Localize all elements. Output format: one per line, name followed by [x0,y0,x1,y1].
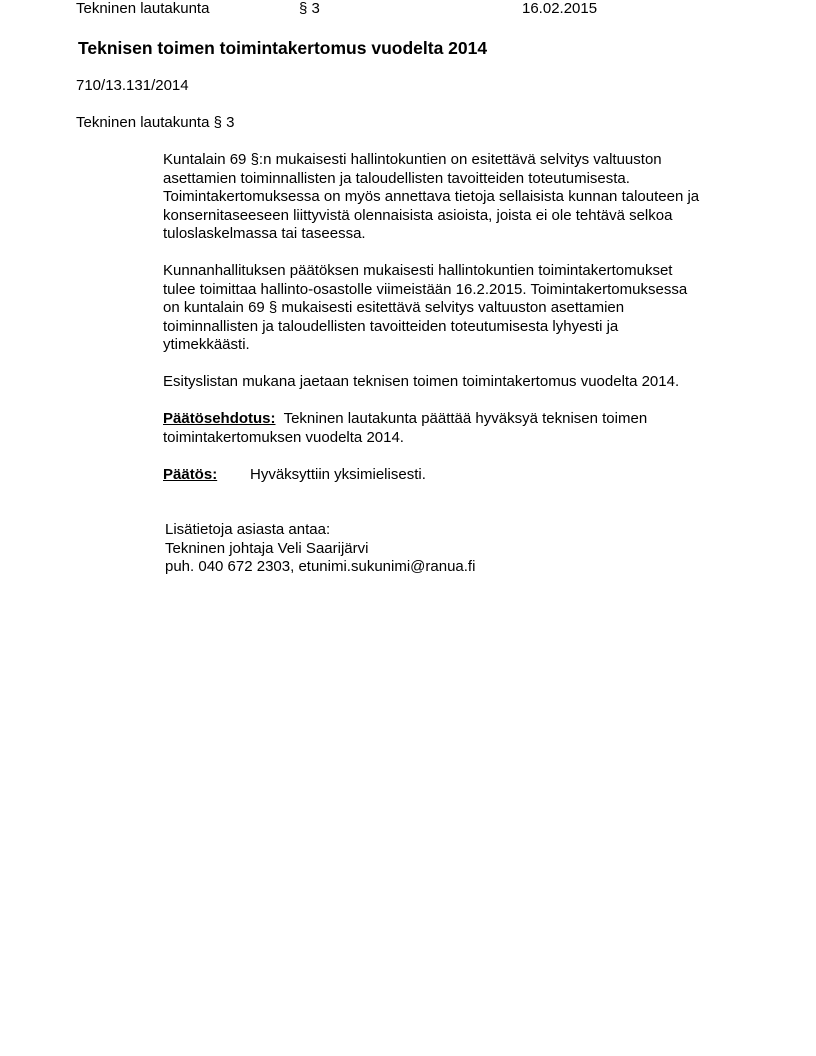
proposal-text-2: toimintakertomuksen vuodelta 2014. [163,429,763,448]
decision-block: Päätös: Hyväksyttiin yksimielisesti. [163,466,763,485]
text-line: konsernitaseeseen liittyvistä olennaisis… [163,207,763,226]
header-section: § 3 [299,0,320,17]
board-section: Tekninen lautakunta § 3 [76,114,234,131]
text-line: Kunnanhallituksen päätöksen mukaisesti h… [163,262,763,281]
text-line: Esityslistan mukana jaetaan teknisen toi… [163,373,763,392]
text-line: tuloslaskelmassa tai taseessa. [163,225,763,244]
text-line: asettamien toiminnallisten ja taloudelli… [163,170,763,189]
text-line: Toimintakertomuksessa on myös annettava … [163,188,763,207]
paragraph-3: Esityslistan mukana jaetaan teknisen toi… [163,373,763,392]
decision-label: Päätös: [163,466,217,483]
paragraph-1: Kuntalain 69 §:n mukaisesti hallintokunt… [163,151,763,244]
text-line: ytimekkäästi. [163,336,763,355]
contact-intro: Lisätietoja asiasta antaa: [165,521,475,540]
contact-info: Lisätietoja asiasta antaa: Tekninen joht… [165,521,475,577]
diary-number: 710/13.131/2014 [76,77,189,94]
proposal-block: Päätösehdotus: Tekninen lautakunta päätt… [163,410,763,447]
text-line: toiminnallisten ja taloudellisten tavoit… [163,318,763,337]
text-line: on kuntalain 69 § mukaisesti esitettävä … [163,299,763,318]
contact-details: puh. 040 672 2303, etunimi.sukunimi@ranu… [165,558,475,577]
header-date: 16.02.2015 [522,0,597,17]
proposal-text: Tekninen lautakunta päättää hyväksyä tek… [284,410,648,427]
text-line: tulee toimittaa hallinto-osastolle viime… [163,281,763,300]
proposal-label: Päätösehdotus: [163,410,276,427]
header-board: Tekninen lautakunta [76,0,209,17]
document-title: Teknisen toimen toimintakertomus vuodelt… [78,38,487,59]
text-line: Kuntalain 69 §:n mukaisesti hallintokunt… [163,151,763,170]
decision-text: Hyväksyttiin yksimielisesti. [250,466,426,485]
contact-person: Tekninen johtaja Veli Saarijärvi [165,540,475,559]
paragraph-2: Kunnanhallituksen päätöksen mukaisesti h… [163,262,763,355]
